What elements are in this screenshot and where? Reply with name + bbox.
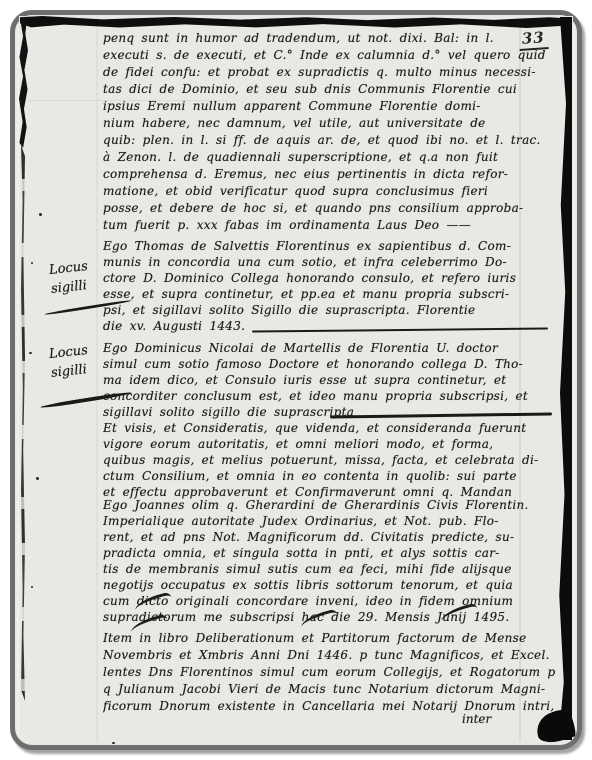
- text-line: Item in libro Deliberationum et Partitor…: [103, 630, 555, 647]
- text-line: munis in concordia una cum sotio, et inf…: [103, 254, 555, 270]
- underlined-date-1443: 1443.: [209, 319, 245, 334]
- ink-speck: [36, 477, 39, 480]
- underlined-date-1495: 1495.: [474, 610, 510, 625]
- paper-crease-left: [96, 18, 98, 742]
- paragraph-1: penq sunt in humor ad tradendum, ut not.…: [103, 30, 555, 234]
- text-line: rent, et ad pns Not. Magnificorum dd. Ci…: [103, 529, 555, 545]
- paragraph-4: Et visis, et Consideratis, que videnda, …: [103, 420, 555, 500]
- text-line: Novembris et Xmbris Anni Dni 1446. p tun…: [103, 647, 555, 664]
- text-line: negotijs occupatus ex sottis libris sott…: [103, 577, 555, 593]
- text-line: nium habere, nec damnum, vel utile, aut …: [103, 115, 555, 132]
- ink-speck: [39, 213, 42, 216]
- text-line: matione, et obid verificatur quod supra …: [103, 183, 555, 200]
- text-line: ipsius Eremi nullum apparent Commune Flo…: [103, 98, 555, 115]
- text-line: Imperialique autoritate Judex Ordinarius…: [103, 513, 555, 529]
- date-line-prefix: die xv. Augusti: [103, 319, 209, 333]
- text-line: posse, et debere de hoc si, et quando pn…: [103, 200, 555, 217]
- text-line: executi s. de executi, et C.° Inde ex ca…: [103, 47, 555, 64]
- text-line: simul cum sotio famoso Doctore et honora…: [103, 356, 555, 372]
- text-line: à Zenon. l. de quadiennali superscriptio…: [103, 149, 555, 166]
- ink-speck: [112, 742, 115, 744]
- text-line: penq sunt in humor ad tradendum, ut not.…: [103, 30, 555, 47]
- text-line: tis de membranis simul sutis cum ea feci…: [103, 561, 555, 577]
- text-line: sigillavi solito sigillo die suprascript…: [103, 404, 555, 420]
- text-line: psi, et sigillavi solito Sigillo die sup…: [103, 302, 555, 318]
- ink-speck: [31, 262, 33, 264]
- text-line: pradicta omnia, et singula sotta in pnti…: [103, 545, 555, 561]
- text-line: quibus magis, et melius potuerunt, missa…: [103, 452, 555, 468]
- text-line: Ego Thomas de Salvettis Florentinus ex s…: [103, 238, 555, 254]
- paragraph-5: Ego Joannes olim q. Gherardini de Gherar…: [103, 497, 555, 625]
- ink-speck: [29, 352, 32, 354]
- margin-note-locus-sigilli-2: Locus sigilli: [48, 339, 108, 383]
- margin-note-locus-sigilli-1: Locus sigilli: [48, 255, 108, 299]
- text-line: tum fuerit p. xxx fabas im ordinamenta L…: [103, 217, 555, 234]
- text-line: tas dici de Dominio, et seu sub dnis Com…: [103, 81, 555, 98]
- text-line: concorditer conclusum est, et ideo manu …: [103, 388, 555, 404]
- text-line: Ego Dominicus Nicolai de Martellis de Fl…: [103, 340, 555, 356]
- text-line: ctum Consilium, et omnia in eo contenta …: [103, 468, 555, 484]
- text-line: comprehensa d. Eremus, nec eius pertinen…: [103, 166, 555, 183]
- catchword: inter: [462, 712, 491, 726]
- paragraph-6: Item in libro Deliberationum et Partitor…: [103, 630, 555, 715]
- text-line: q Julianum Jacobi Vieri de Macis tunc No…: [103, 681, 555, 698]
- ink-speck: [31, 586, 33, 588]
- text-line: lentes Dns Florentinos simul cum eorum C…: [103, 664, 555, 681]
- paragraph-3: Ego Dominicus Nicolai de Martellis de Fl…: [103, 340, 555, 420]
- text-line: ma idem dico, et Consulo iuris esse ut s…: [103, 372, 555, 388]
- text-line: esse, et supra continetur, et pp.ea et m…: [103, 286, 555, 302]
- text-line: ctore D. Dominico Collega honorando cons…: [103, 270, 555, 286]
- text-line: Et visis, et Consideratis, que videnda, …: [103, 420, 555, 436]
- text-line: de fidei confu: et probat ex supradictis…: [103, 64, 555, 81]
- scanned-manuscript-page: 33 Locus sigilli Locus sigilli penq sunt…: [0, 0, 592, 760]
- text-line: quib: plen. in l. si ff. de aquis ar. de…: [103, 132, 555, 149]
- paragraph-2: Ego Thomas de Salvettis Florentinus ex s…: [103, 238, 555, 334]
- text-line: vigore eorum autoritatis, et omni melior…: [103, 436, 555, 452]
- text-line: Ego Joannes olim q. Gherardini de Gherar…: [103, 497, 555, 513]
